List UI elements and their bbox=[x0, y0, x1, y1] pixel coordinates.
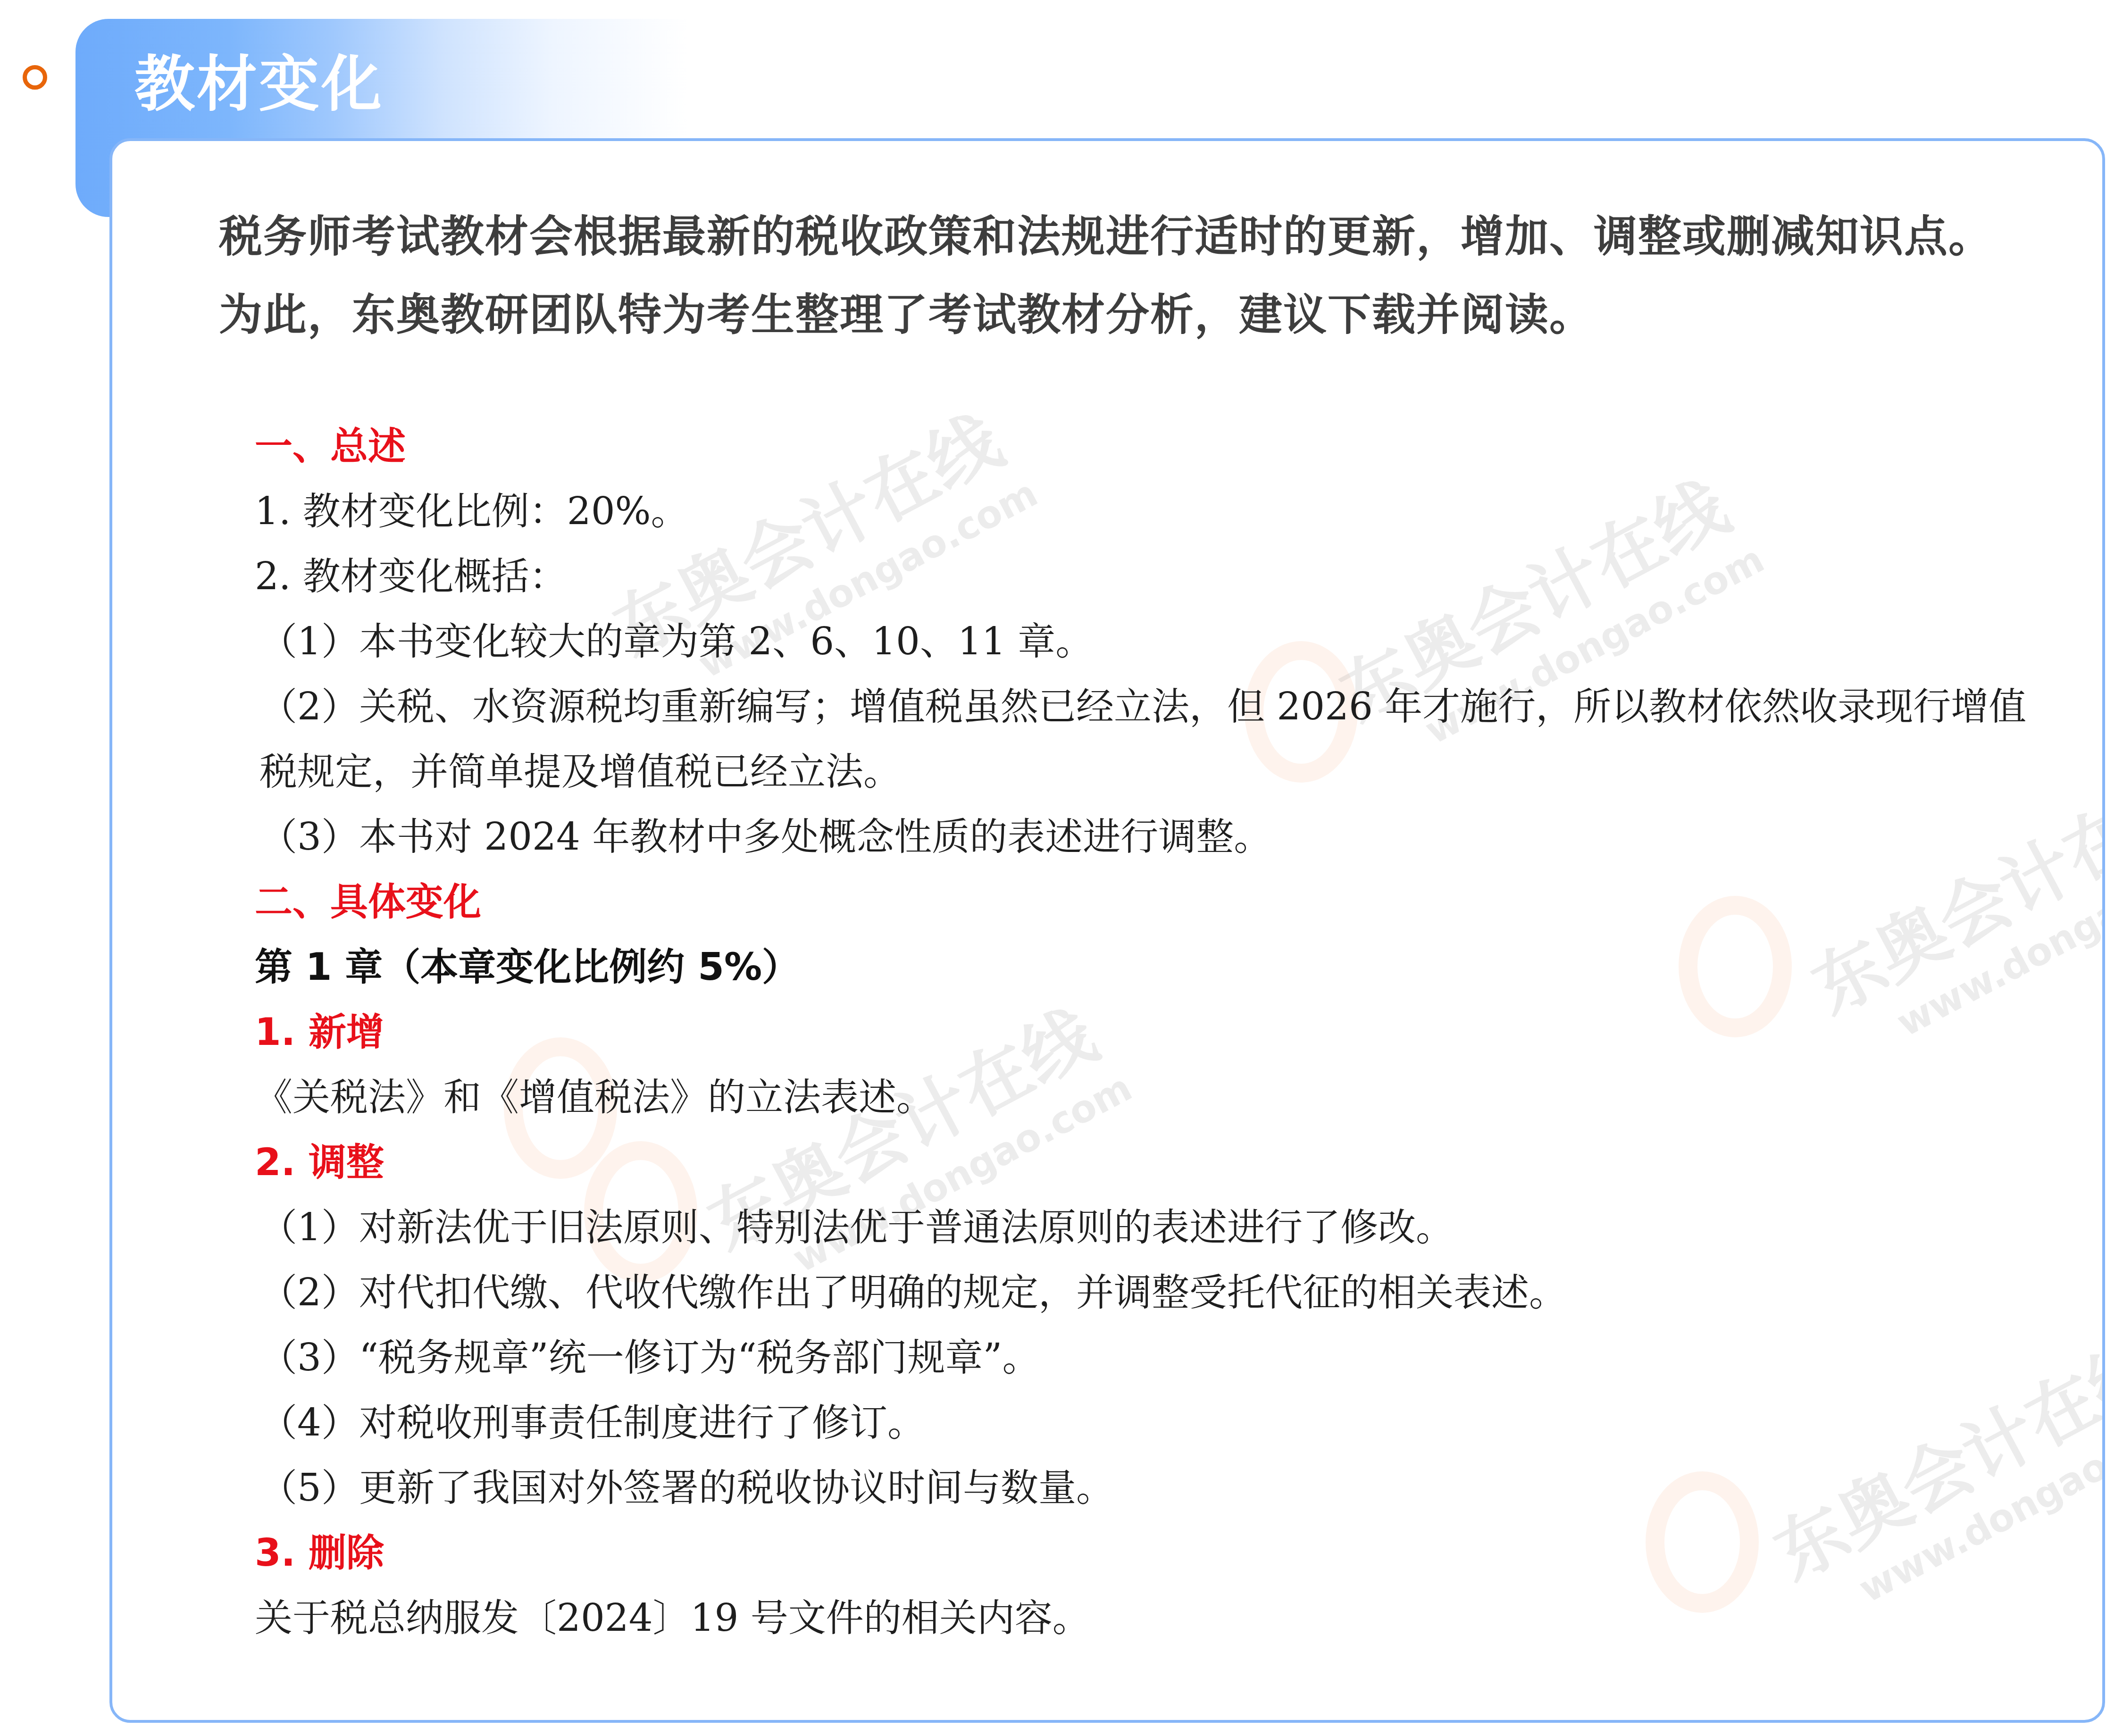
overview-subitem: （3）本书对 2024 年教材中多处概念性质的表述进行调整。 bbox=[255, 804, 2029, 869]
list-item: （5）更新了我国对外签署的税收协议时间与数量。 bbox=[255, 1455, 2029, 1520]
overview-item-summary: 2. 教材变化概括： bbox=[255, 544, 2029, 609]
overview-subitem: （1）本书变化较大的章为第 2、6、10、11 章。 bbox=[255, 609, 2029, 674]
subsection-heading-added: 1. 新增 bbox=[255, 1000, 2029, 1065]
content-card: 税务师考试教材会根据最新的税收政策和法规进行适时的更新，增加、调整或删减知识点。… bbox=[109, 138, 2105, 1723]
list-item: （1）对新法优于旧法原则、特别法优于普通法原则的表述进行了修改。 bbox=[255, 1195, 2029, 1260]
section-title: 教材变化 bbox=[134, 47, 384, 123]
list-item: （3）“税务规章”统一修订为“税务部门规章”。 bbox=[255, 1325, 2029, 1390]
list-item: 《关税法》和《增值税法》的立法表述。 bbox=[255, 1065, 2029, 1130]
overview-subitem: （2）关税、水资源税均重新编写；增值税虽然已经立法，但 2026 年才施行，所以… bbox=[255, 674, 2029, 804]
list-item: （4）对税收刑事责任制度进行了修订。 bbox=[255, 1390, 2029, 1455]
subsection-heading-adjusted: 2. 调整 bbox=[255, 1130, 2029, 1195]
list-item: （2）对代扣代缴、代收代缴作出了明确的规定，并调整受托代征的相关表述。 bbox=[255, 1260, 2029, 1325]
list-item: 关于税总纳服发〔2024〕19 号文件的相关内容。 bbox=[255, 1586, 2029, 1651]
subsection-heading-deleted: 3. 删除 bbox=[255, 1520, 2029, 1586]
intro-paragraph: 税务师考试教材会根据最新的税收政策和法规进行适时的更新，增加、调整或删减知识点。… bbox=[219, 198, 2012, 354]
section-bullet-icon bbox=[23, 65, 47, 90]
section-heading-overview: 一、总述 bbox=[255, 414, 2029, 479]
section-heading-specific-changes: 二、具体变化 bbox=[255, 869, 2029, 935]
textbook-change-document: 一、总述 1. 教材变化比例：20%。 2. 教材变化概括： （1）本书变化较大… bbox=[255, 414, 2029, 1651]
overview-item-ratio: 1. 教材变化比例：20%。 bbox=[255, 479, 2029, 544]
chapter-heading: 第 1 章（本章变化比例约 5%） bbox=[255, 935, 2029, 1000]
